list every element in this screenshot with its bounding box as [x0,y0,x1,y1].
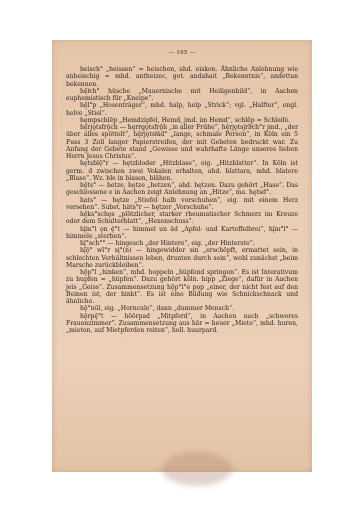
dictionary-entry: hę̄ks°schǫs „plötzlicher, starker rheuma… [66,211,298,226]
dictionary-entry: hęmpschlēp „Hemdzipfel, Hemd, jmd. im He… [66,117,298,124]
dictionary-entry: hę̄ts° — hetze, hętze „hetzen“, ahd. hęt… [66,182,298,197]
dictionary-entry: hǭrpę̄°t — hōōrpad „Mitpferd“, in Aachen… [66,313,298,335]
page-number: — 165 — [52,50,312,56]
dictionary-entry: hį̄°sch°° — hingesch „der Hintere“, eig.… [66,240,298,247]
dictionary-entry: hį̄ǭ° wī°r sį°(n) — hingewidder sin „ers… [66,247,298,269]
book-page: — 165 — heisch° „heissen“ = heischen, ah… [52,40,312,472]
dictionary-entry: hǭ°nūl, eig. „Horncule“, dann „dummer Me… [66,305,298,312]
dictionary-entry: hętsblǭ°r — hętzbloder „Hitzblase“, eig.… [66,160,298,182]
dictionary-entry: hę̄lͥch° hüsche „Mauernische mit Heilige… [66,88,298,103]
dictionary-entry: hę̄l°p „Hosenträger“, mhd. halp, help „S… [66,102,298,117]
dictionary-entry: hį̄m°l ǫn ę̄°t — himmel un äd „Apfel- un… [66,226,298,241]
dictionary-entry: hę̄rjǫtsfrǭch — hęrrgǫtsfrǭh „in aller F… [66,124,298,160]
dictionary-entry: hǭp°l „hinken“, mhd. hoppeln „hüpfend sp… [66,269,298,305]
dictionary-entry: heisch° „heissen“ = heischen, ahd. eisko… [66,66,298,88]
dictionary-entry: hats° — hętze „Stiefel halb vorschuhen“,… [66,197,298,212]
page-text: heisch° „heissen“ = heischen, ahd. eisko… [66,66,298,334]
